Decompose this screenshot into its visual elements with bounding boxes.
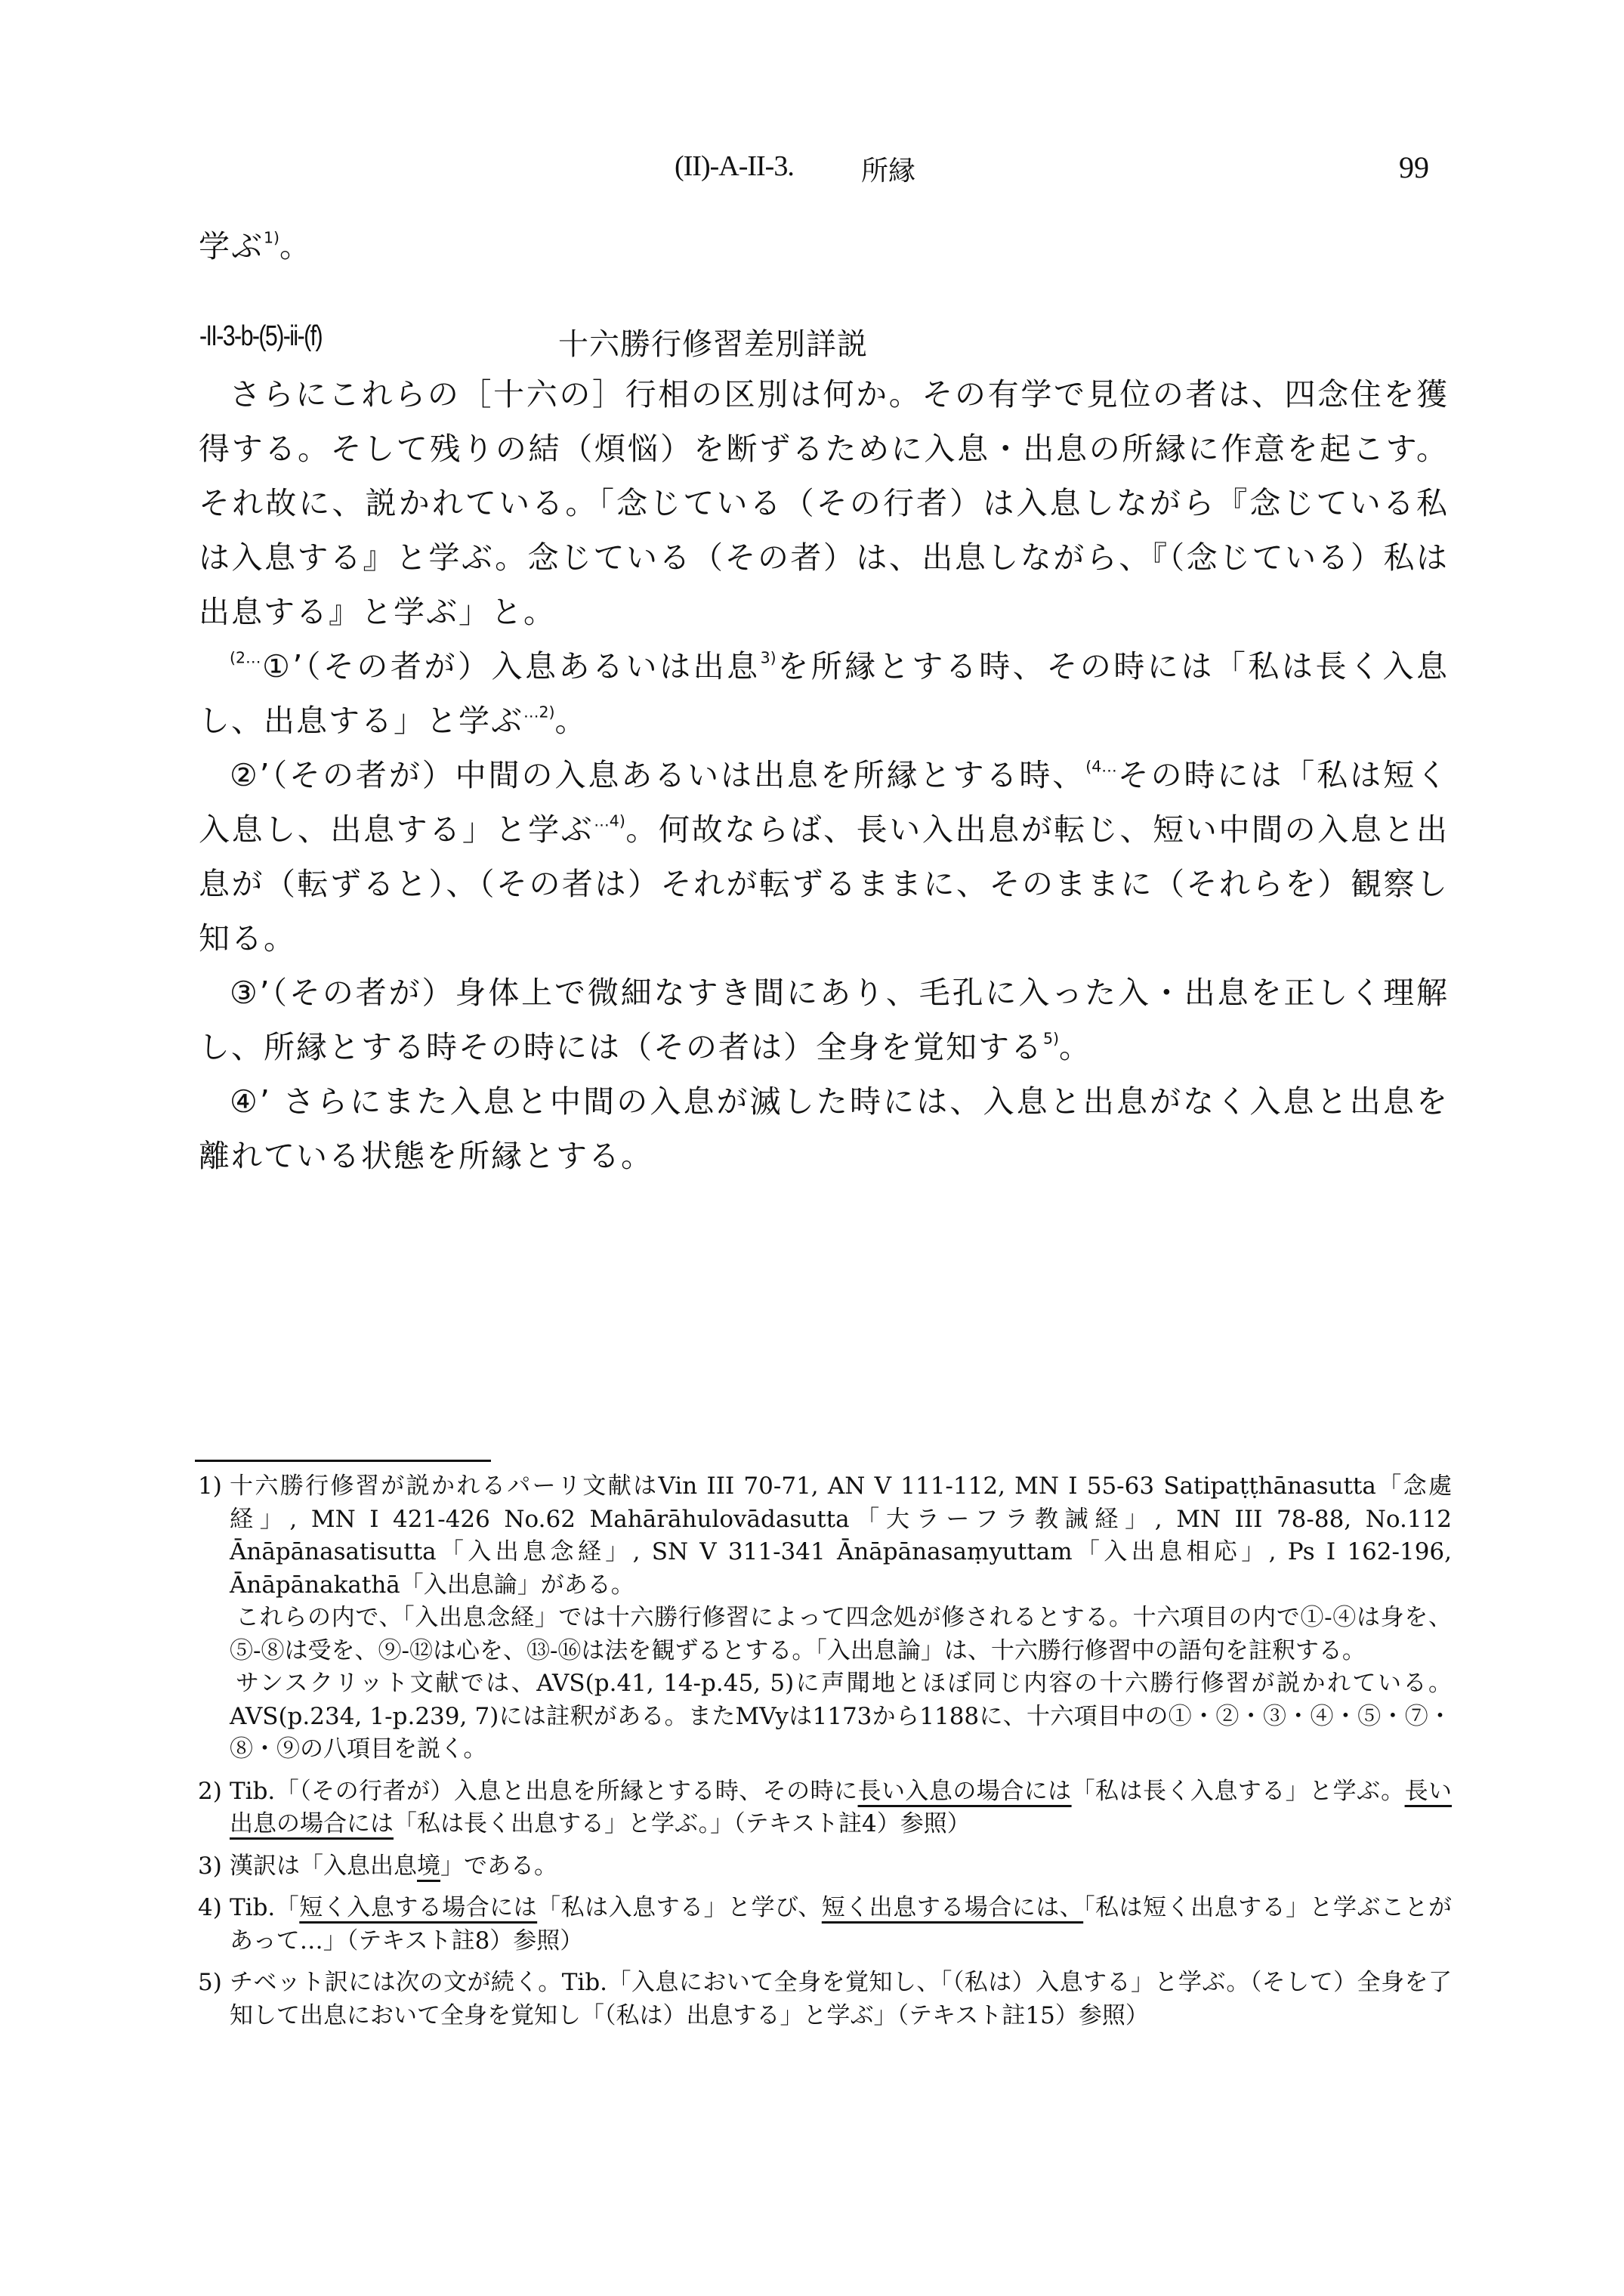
footnote-4-text-a: Tib.「 bbox=[230, 1894, 299, 1921]
paragraph-intro: さらにこれらの［十六の］行相の区別は何か。その有学で見位の者は、四念住を獲得する… bbox=[199, 367, 1449, 639]
item-3-end: 。 bbox=[1059, 1029, 1091, 1065]
footnote-number: 2) bbox=[198, 1775, 222, 1809]
main-body: さらにこれらの［十六の］行相の区別は何か。その有学で見位の者は、四念住を獲得する… bbox=[199, 367, 1449, 1183]
section-number: -II-3-b-(5)-ii-(f) bbox=[199, 320, 322, 353]
footnote-number: 3) bbox=[198, 1850, 222, 1883]
carry-over-line: 学ぶ1)。 bbox=[199, 219, 1449, 273]
footnotes: 1) 十六勝行修習が説かれるパーリ文献はVin III 70-71, AN V … bbox=[198, 1470, 1452, 2041]
footnote-3: 3) 漢訳は「入息出息境」である。 bbox=[198, 1850, 1452, 1883]
footnote-4-text-b: 「私は入息する」と学び、 bbox=[537, 1894, 822, 1921]
footnote-1-sanskrit: サンスクリット文献では、AVS(p.41, 14-p.45, 5)に声聞地とほぼ… bbox=[230, 1667, 1452, 1766]
footnote-3-text-a: 漢訳は「入息出息 bbox=[230, 1853, 417, 1880]
carry-over-text: 学ぶ bbox=[199, 228, 264, 264]
footnote-number: 4) bbox=[198, 1892, 222, 1925]
running-header-title: 所縁 bbox=[861, 150, 915, 188]
footnote-ref-2[interactable]: …2) bbox=[523, 703, 555, 722]
footnote-rule bbox=[195, 1460, 491, 1462]
footnote-1-sources: 十六勝行修習が説かれるパーリ文献はVin III 70-71, AN V 111… bbox=[230, 1470, 1452, 1602]
footnote-ref-4[interactable]: …4) bbox=[594, 812, 625, 830]
carry-over-end: 。 bbox=[279, 228, 312, 264]
section-title: 十六勝行修習差別詳説 bbox=[558, 320, 868, 363]
range-ref-4-open: (4… bbox=[1085, 758, 1117, 776]
document-page: (II)-A-II-3. 所縁 99 学ぶ1)。 -II-3-b-(5)-ii-… bbox=[0, 0, 1624, 2296]
section-heading: -II-3-b-(5)-ii-(f) 十六勝行修習差別詳説 bbox=[199, 320, 1453, 363]
underlined-phrase: 長い入息の場合には bbox=[858, 1778, 1072, 1805]
item-2-text-a: ②’（その者が）中間の入息あるいは出息を所縁とする時、 bbox=[230, 757, 1085, 793]
item-1-text-a: ①’（その者が）入息あるいは出息 bbox=[261, 648, 761, 684]
footnote-ref-5[interactable]: 5) bbox=[1043, 1030, 1059, 1048]
footnote-5: 5) チベット訳には次の文が続く。Tib.「入息において全身を覚知し、「（私は）… bbox=[198, 1967, 1452, 2032]
paragraph-item-3: ③’（その者が）身体上で微細なすき間にあり、毛孔に入った入・出息を正しく理解し、… bbox=[199, 966, 1449, 1074]
footnote-5-text: チベット訳には次の文が続く。Tib.「入息において全身を覚知し、「（私は）入息す… bbox=[230, 1969, 1452, 2029]
item-3-text: ③’（その者が）身体上で微細なすき間にあり、毛孔に入った入・出息を正しく理解し、… bbox=[199, 975, 1449, 1065]
range-ref-2-open: (2… bbox=[230, 649, 261, 667]
item-1-end: 。 bbox=[555, 703, 588, 739]
footnote-4: 4) Tib.「短く入息する場合には「私は入息する」と学び、短く出息する場合には… bbox=[198, 1892, 1452, 1958]
page-number: 99 bbox=[1399, 150, 1429, 185]
footnote-number: 1) bbox=[198, 1470, 222, 1503]
footnote-number: 5) bbox=[198, 1967, 222, 2000]
paragraph-item-2: ②’（その者が）中間の入息あるいは出息を所縁とする時、(4…その時には「私は短く… bbox=[199, 748, 1449, 966]
paragraph-item-1: (2…①’（その者が）入息あるいは出息3)を所縁とする時、その時には「私は長く入… bbox=[199, 639, 1449, 748]
footnote-3-text-b: 」である。 bbox=[440, 1853, 557, 1880]
footnote-ref-1[interactable]: 1) bbox=[264, 229, 279, 247]
underlined-phrase: 境 bbox=[417, 1853, 440, 1880]
running-header-section: (II)-A-II-3. bbox=[675, 150, 794, 183]
underlined-phrase: 短く入息する場合には bbox=[299, 1894, 537, 1921]
footnote-2-text-b: 「私は長く入息する」と学ぶ。 bbox=[1072, 1778, 1405, 1805]
running-header: (II)-A-II-3. 所縁 99 bbox=[0, 150, 1624, 187]
footnote-2-text-a: Tib.「（その行者が）入息と出息を所縁とする時、その時に bbox=[230, 1778, 858, 1805]
footnote-2: 2) Tib.「（その行者が）入息と出息を所縁とする時、その時に長い入息の場合に… bbox=[198, 1775, 1452, 1841]
paragraph-item-4: ④’ さらにまた入息と中間の入息が滅した時には、入息と出息がなく入息と出息を離れ… bbox=[199, 1074, 1449, 1183]
underlined-phrase: 短く出息する場合には、 bbox=[822, 1894, 1083, 1921]
footnote-1: 1) 十六勝行修習が説かれるパーリ文献はVin III 70-71, AN V … bbox=[198, 1470, 1452, 1766]
footnote-2-text-c: 「私は長く出息する」と学ぶ。」（テキスト註4）参照） bbox=[394, 1810, 971, 1837]
footnote-ref-3[interactable]: 3) bbox=[761, 649, 776, 667]
footnote-1-commentary: これらの内で、「入出息念経」では十六勝行修習によって四念処が修されるとする。十六… bbox=[230, 1602, 1452, 1667]
